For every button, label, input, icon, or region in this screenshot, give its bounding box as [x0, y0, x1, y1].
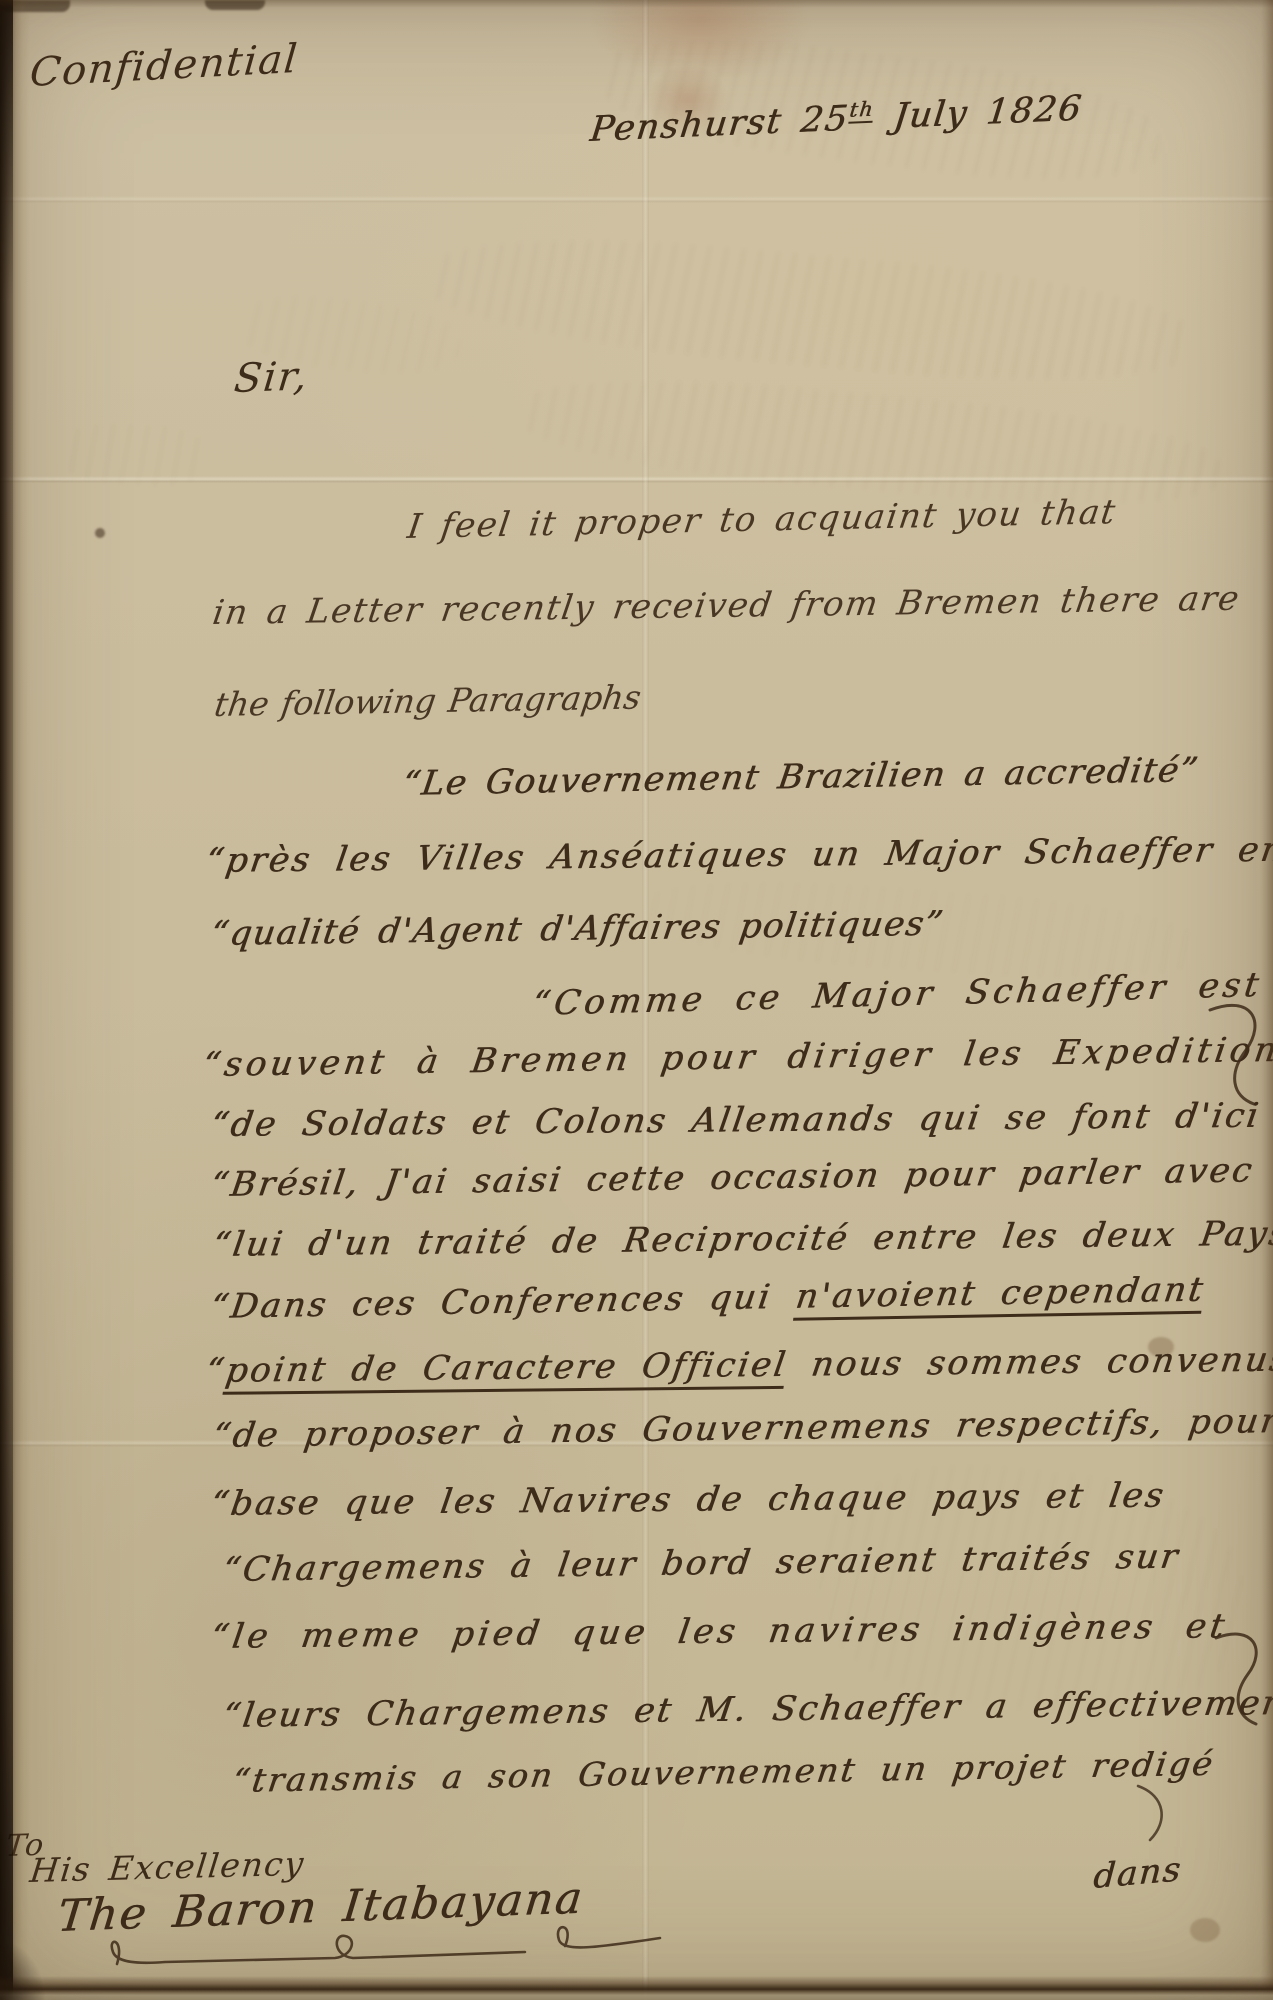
signature-flourish: [95, 1912, 695, 1982]
body-line: “base que les Navires de chaque pays et …: [208, 1477, 1168, 1524]
manuscript-letter-page: Confidential Penshurst 25th July 1826 Si…: [0, 0, 1273, 2000]
corner-shadow: [0, 1940, 46, 2000]
body-line: in a Letter recently received from Breme…: [210, 580, 1243, 633]
body-line: “souvent à Bremen pour diriger les Exped…: [200, 1031, 1273, 1085]
body-line: “point de Caractere Officiel nous sommes…: [203, 1341, 1273, 1391]
paper-stain: [1190, 1918, 1220, 1942]
page-right-edge: [1261, 0, 1273, 2000]
pen-swash: [1128, 1778, 1178, 1848]
binding-edge-shadow: [0, 0, 13, 2000]
page-top-edge: [0, 0, 1273, 8]
body-line: “de Soldats et Colons Allemands qui se f…: [208, 1096, 1273, 1145]
line-text: “lui d'un traité de Reciprocité entre le…: [210, 1214, 1273, 1265]
body-line: “de proposer à nos Gouvernemens respecti…: [210, 1402, 1273, 1456]
body-line: I feel it proper to acquaint you that: [405, 493, 1119, 547]
line-text: “de proposer à nos Gouvernemens respecti…: [210, 1401, 1273, 1456]
line-text: in a Letter recently received from Breme…: [210, 579, 1243, 633]
line-text: “de Soldats et Colons Allemands qui se f…: [208, 1095, 1273, 1145]
underlined-phrase: n'avoient cependant: [793, 1270, 1208, 1321]
line-text: “leurs Chargemens et M. Schaeffer a effe…: [220, 1683, 1273, 1736]
line-text: “base que les Navires de chaque pays et …: [208, 1476, 1168, 1524]
body-line: “transmis a son Gouvernement un projet r…: [230, 1745, 1217, 1800]
page-bottom-edge: [0, 1976, 1273, 2000]
fold-crease-horizontal: [0, 196, 1273, 203]
body-line: “Comme ce Major Schaeffer est: [530, 966, 1265, 1024]
body-line: “lui d'un traité de Reciprocité entre le…: [210, 1215, 1273, 1265]
line-text: nous sommes convenus: [784, 1340, 1273, 1385]
line-text: the following Paragraphs: [212, 678, 644, 724]
ink-speck: [95, 528, 105, 538]
body-line: “leurs Chargemens et M. Schaeffer a effe…: [220, 1684, 1273, 1736]
line-text: “transmis a son Gouvernement un projet r…: [230, 1744, 1217, 1800]
body-line: “Dans ces Conferences qui n'avoient cepe…: [208, 1271, 1207, 1327]
fold-crease-horizontal: [0, 476, 1273, 483]
line-text: “Brésil, J'ai saisi cette occasion pour …: [208, 1150, 1257, 1205]
line-text: I feel it proper to acquaint you that: [405, 492, 1119, 547]
catchword: dans: [1092, 1851, 1183, 1898]
bleedthrough-smudge: [427, 222, 1194, 398]
body-line: “Le Gouvernement Brazilien a accredité”: [400, 751, 1201, 804]
body-line: “Brésil, J'ai saisi cette occasion pour …: [208, 1151, 1256, 1205]
ordinal-suffix: th: [848, 97, 875, 124]
body-line: “près les Villes Anséatiques un Major Sc…: [203, 831, 1273, 881]
line-text: “près les Villes Anséatiques un Major Sc…: [203, 830, 1273, 881]
line-text: “Le Gouvernement Brazilien a accredité”: [400, 750, 1201, 804]
line-text: “Comme ce Major Schaeffer est: [530, 965, 1265, 1024]
confidential-marking: Confidential: [28, 36, 300, 96]
line-text: “souvent à Bremen pour diriger les Exped…: [200, 1030, 1273, 1085]
body-line: the following Paragraphs: [212, 679, 643, 724]
line-text: “Dans ces Conferences qui: [208, 1277, 799, 1327]
salutation: Sir,: [232, 353, 311, 402]
underlined-phrase: point de Caractere Officiel: [222, 1345, 790, 1395]
